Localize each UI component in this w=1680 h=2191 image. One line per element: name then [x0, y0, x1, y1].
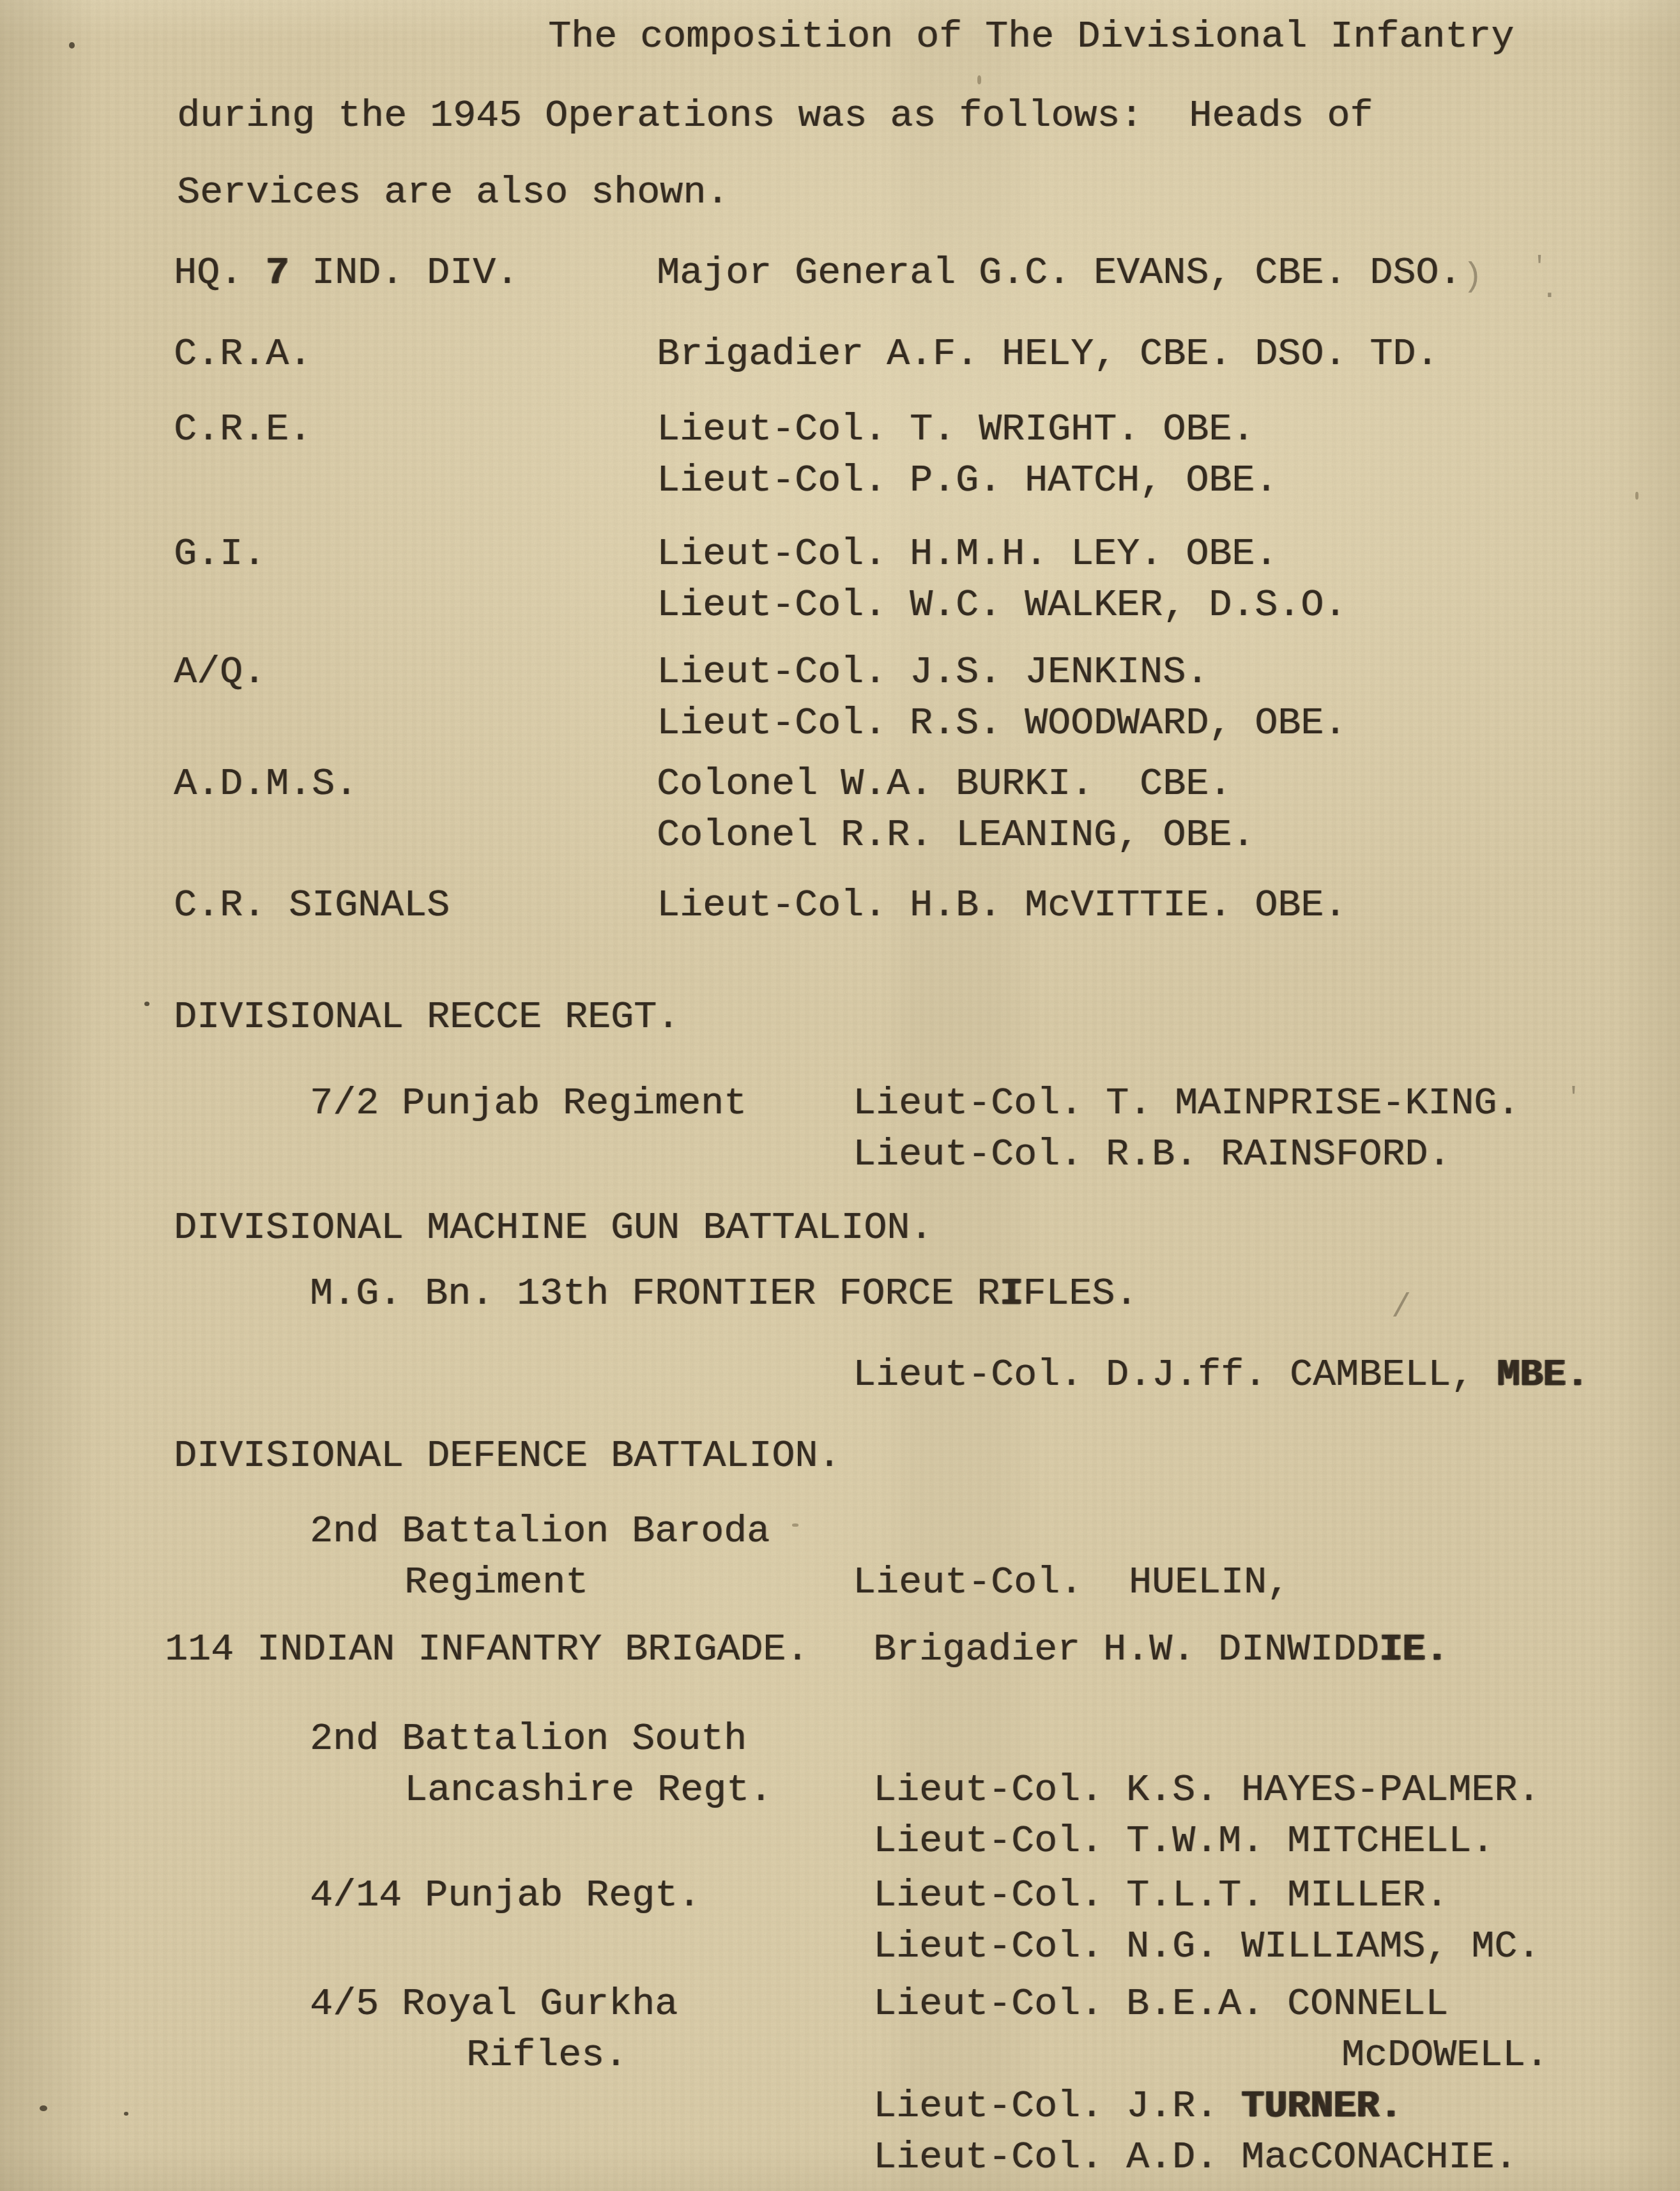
defence-unit-line-2: Regiment	[404, 1564, 588, 1602]
punjab-414-officer-2: Lieut-Col. N.G. WILLIAMS, MC.	[873, 1928, 1540, 1966]
adms-label: A.D.M.S.	[174, 765, 358, 804]
mg-unit-suffix: FLES.	[1023, 1272, 1138, 1316]
gi-officer-2: Lieut-Col. W.C. WALKER, D.S.O.	[657, 586, 1347, 625]
brigade-114-commander: Brigadier H.W. DINWIDDIE.	[873, 1631, 1448, 1669]
paper-fleck	[792, 1523, 798, 1527]
south-lancs-unit-line-1: 2nd Battalion South	[310, 1720, 747, 1759]
intro-line-3: Services are also shown.	[177, 174, 729, 212]
signals-officer: Lieut-Col. H.B. McVITTIE. OBE.	[657, 887, 1347, 925]
scanned-page: { "document": { "intro": { "line1": "The…	[0, 0, 1680, 2191]
gurkha-45-unit-line-1: 4/5 Royal Gurkha	[310, 1985, 678, 2024]
gi-officer-1: Lieut-Col. H.M.H. LEY. OBE.	[657, 535, 1278, 574]
aq-label: A/Q.	[174, 653, 266, 692]
recce-officer-2: Lieut-Col. R.B. RAINSFORD.	[853, 1136, 1451, 1174]
hq-label: HQ. 7 IND. DIV.	[174, 254, 519, 293]
paper-speck	[124, 2112, 128, 2116]
hq-label-overstruck-number: 7	[266, 252, 289, 295]
recce-officer-1: Lieut-Col. T. MAINPRISE-KING.	[853, 1085, 1520, 1123]
signals-label: C.R. SIGNALS	[174, 887, 450, 925]
paper-fleck	[977, 75, 981, 84]
south-lancs-officer-1: Lieut-Col. K.S. HAYES-PALMER.	[873, 1771, 1540, 1810]
mg-heading: DIVISIONAL MACHINE GUN BATTALION.	[174, 1209, 933, 1248]
hq-label-prefix: HQ.	[174, 252, 266, 295]
aq-officer-2: Lieut-Col. R.S. WOODWARD, OBE.	[657, 705, 1347, 743]
pencil-mark-4: /	[1391, 1292, 1411, 1325]
hq-label-suffix: IND. DIV.	[289, 252, 519, 295]
brigade-114-heading: 114 INDIAN INFANTRY BRIGADE.	[165, 1631, 809, 1669]
intro-line-1: The composition of The Divisional Infant…	[548, 18, 1514, 56]
gi-label: G.I.	[174, 535, 266, 574]
mg-officer-overstruck-award: MBE.	[1497, 1354, 1589, 1397]
paper-fleck	[1635, 492, 1638, 500]
cre-officer-2: Lieut-Col. P.G. HATCH, OBE.	[657, 462, 1278, 500]
adms-officer-1: Colonel W.A. BURKI. CBE.	[657, 765, 1232, 804]
cra-label: C.R.A.	[174, 335, 312, 374]
cre-officer-1: Lieut-Col. T. WRIGHT. OBE.	[657, 411, 1255, 449]
aq-officer-1: Lieut-Col. J.S. JENKINS.	[657, 653, 1209, 692]
hq-officer: Major General G.C. EVANS, CBE. DSO.	[657, 254, 1462, 293]
recce-unit: 7/2 Punjab Regiment	[310, 1085, 747, 1123]
gurkha-45-officer-1: Lieut-Col. B.E.A. CONNELL	[873, 1985, 1448, 2024]
paper-speck	[144, 1002, 149, 1006]
south-lancs-officer-2: Lieut-Col. T.W.M. MITCHELL.	[873, 1822, 1494, 1861]
paper-speck	[40, 2105, 47, 2111]
mg-officer: Lieut-Col. D.J.ff. CAMBELL, MBE.	[853, 1356, 1589, 1394]
defence-unit-line-1: 2nd Battalion Baroda	[310, 1513, 770, 1551]
gurkha-45-officer-1-cont: McDOWELL.	[1341, 2036, 1548, 2075]
gurkha-45-unit-line-2: Rifles.	[466, 2036, 627, 2075]
pencil-mark-5: '	[1566, 1086, 1581, 1110]
punjab-414-officer-1: Lieut-Col. T.L.T. MILLER.	[873, 1877, 1448, 1915]
gurkha-45-officer-2-prefix: Lieut-Col. J.R.	[873, 2085, 1241, 2128]
mg-unit: M.G. Bn. 13th FRONTIER FORCE RIFLES.	[310, 1275, 1138, 1313]
mg-officer-prefix: Lieut-Col. D.J.ff. CAMBELL,	[853, 1354, 1497, 1397]
mg-unit-prefix: M.G. Bn. 13th FRONTIER FORCE R	[310, 1272, 1000, 1316]
brigade-114-commander-overstruck: IE.	[1379, 1628, 1448, 1672]
south-lancs-unit-line-2: Lancashire Regt.	[404, 1771, 772, 1810]
brigade-114-commander-prefix: Brigadier H.W. DINWIDD	[873, 1628, 1379, 1672]
cra-officer: Brigadier A.F. HELY, CBE. DSO. TD.	[657, 335, 1439, 374]
recce-heading: DIVISIONAL RECCE REGT.	[174, 998, 680, 1037]
defence-heading: DIVISIONAL DEFENCE BATTALION.	[174, 1437, 841, 1476]
intro-line-2: during the 1945 Operations was as follow…	[177, 97, 1373, 135]
gurkha-45-officer-2: Lieut-Col. J.R. TURNER.	[873, 2088, 1402, 2126]
paper-speck	[69, 42, 75, 49]
pencil-mark-3: .	[1541, 275, 1559, 304]
defence-officer: Lieut-Col. HUELIN,	[853, 1564, 1290, 1602]
gurkha-45-officer-3: Lieut-Col. A.D. MacCONACHIE.	[873, 2139, 1517, 2177]
punjab-414-unit: 4/14 Punjab Regt.	[310, 1877, 701, 1915]
cre-label: C.R.E.	[174, 411, 312, 449]
gurkha-45-officer-2-overstruck: TURNER.	[1241, 2085, 1402, 2128]
adms-officer-2: Colonel R.R. LEANING, OBE.	[657, 816, 1255, 855]
pencil-mark-1: )	[1463, 261, 1483, 294]
mg-unit-overstruck-letter: I	[1000, 1272, 1023, 1316]
